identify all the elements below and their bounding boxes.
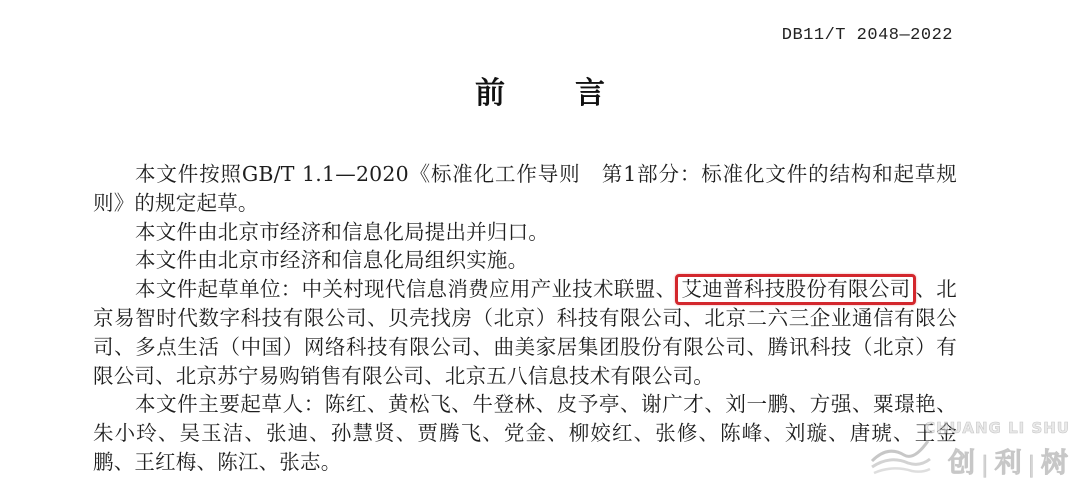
paragraph-implementer: 本文件由北京市经济和信息化局组织实施。 xyxy=(93,246,957,275)
title-char-1: 前 xyxy=(475,68,505,112)
paragraph-main-drafters: 本文件主要起草人：陈红、黄松飞、牛登林、皮予亭、谢广才、刘一鹏、方强、粟璟艳、朱… xyxy=(93,390,957,476)
page-title: 前言 xyxy=(0,68,1080,112)
paragraph-proposer: 本文件由北京市经济和信息化局提出并归口。 xyxy=(93,218,957,247)
foreword-body: 本文件按照GB/T 1.1—2020《标准化工作导则 第1部分：标准化文件的结构… xyxy=(93,160,957,477)
paragraph-drafting-units: 本文件起草单位：中关村现代信息消费应用产业技术联盟、艾迪普科技股份有限公司、北京… xyxy=(93,275,957,390)
highlighted-company: 艾迪普科技股份有限公司 xyxy=(675,274,916,305)
watermark-chinese: 创|利|树 xyxy=(948,441,1070,480)
wave-logo-icon xyxy=(868,431,934,475)
drafting-units-lead: 本文件起草单位：中关村现代信息消费应用产业技术联盟、 xyxy=(135,277,676,301)
paragraph-drafting-basis: 本文件按照GB/T 1.1—2020《标准化工作导则 第1部分：标准化文件的结构… xyxy=(93,160,957,218)
watermark-latin: CHUANG LI SHU xyxy=(924,419,1070,437)
document-code: DB11/T 2048—2022 xyxy=(782,26,953,45)
watermark: CHUANG LI SHU 创|利|树 xyxy=(864,417,1074,479)
title-char-2: 言 xyxy=(575,68,605,112)
